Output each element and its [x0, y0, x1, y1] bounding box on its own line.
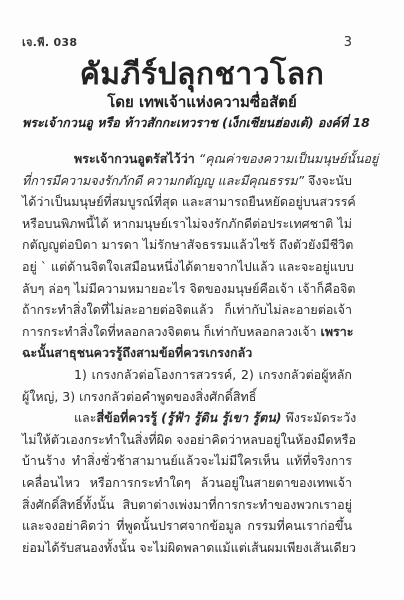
paragraph-1-line-5: กตัญญูต่อบิดา มารดา ไม่รักษาสัจธรรมแล้วไ… — [22, 234, 352, 256]
paragraph-3-line-3: บ้านร้าง ทำสิ่งชั่วช้าสามานย์แล้วจะไม่มี… — [22, 450, 352, 472]
paragraph-1-line-10: ฉะนั้นสาธุชนควรรู้ถึงสามข้อที่ควรเกรงกลั… — [22, 342, 352, 364]
paragraph-2-line-1: 1) เกรงกลัวต่อโองการสวรรค์, 2) เกรงกลัวต… — [22, 364, 352, 386]
page-number: 3 — [344, 35, 352, 50]
paragraph-1-line-3: ได้ว่าเป็นมนุษย์ที่สมบูรณ์ที่สุด และสามา… — [22, 191, 352, 213]
paragraph-2-line-2: ผู้ใหญ่, 3) เกรงกลัวต่อคำพูดของสิ่งศักดิ… — [22, 386, 352, 408]
paragraph-1-line-7: ลับๆ ล่อๆ ไม่มีความหมายอะไร จิตของมนุษย์… — [22, 278, 352, 300]
document-code: เจ.พี. 038 — [22, 33, 77, 51]
paragraph-3-line-7: ย่อมได้รับสนองทั้งนั้น จะไม่ผิดพลาดแม้แต… — [22, 537, 352, 559]
emphasis-text: สี่ข้อที่ควรรู้ — [96, 410, 157, 425]
paragraph-1-line-6: อยู่ ` แต่ด้านจิตใจเสมือนหนึ่งได้ตายจากไ… — [22, 256, 352, 278]
quote-text-end: ที่การมีความจงรักภักดี ความกตัญญู และมีค… — [22, 173, 304, 188]
author-line: พระเจ้ากวนอู หรือ ท้าวสักกะเทวราช (เง็กเ… — [22, 114, 362, 132]
paragraph-1-line-9: การกระทำสิ่งใดที่หลอกลวงจิตตน ก็เท่ากับห… — [22, 321, 352, 343]
page-header: เจ.พี. 038 3 — [22, 32, 352, 52]
emphasis-text: เพราะ — [321, 324, 354, 339]
text-segment: พึงระมัดระวัง — [286, 410, 357, 425]
parenthetical-text: (รู้ฟ้า รู้ดิน รู้เขา รู้ตน) — [161, 410, 281, 425]
page-title: คัมภีร์ปลุกชาวโลก — [0, 56, 404, 94]
quote-text-start: “คุณค่าของความเป็นมนุษย์นั้นอยู่ — [199, 151, 379, 166]
paragraph-3-line-6: และจงอย่าคิดว่า ที่พูดนั้นปราศจากข้อมูล … — [22, 515, 352, 537]
body-text: พระเจ้ากวนอูตรัสไว้ว่า “คุณค่าของความเป็… — [22, 148, 352, 558]
document-page: เจ.พี. 038 3 คัมภีร์ปลุกชาวโลก โดย เทพเจ… — [0, 0, 404, 600]
paragraph-3-line-2: ไม่ให้ตัวเองกระทำในสิ่งที่ผิด จงอย่าคิดว… — [22, 429, 352, 451]
text-segment: การกระทำสิ่งใดที่หลอกลวงจิตตน ก็เท่ากับห… — [22, 324, 317, 339]
text-segment: จึงจะนับ — [308, 173, 352, 188]
paragraph-3-line-5: สิ่งศักดิ์สิทธิ์ทั้งนั้น สิบตาต่างเพ่งมา… — [22, 494, 352, 516]
page-subtitle: โดย เทพเจ้าแห่งความซื่อสัตย์ — [0, 92, 404, 112]
text-segment: และ — [74, 410, 96, 425]
paragraph-1-line-2: ที่การมีความจงรักภักดี ความกตัญญู และมีค… — [22, 170, 352, 192]
paragraph-3-line-4: เคลื่อนไหว หรือการกระทำใดๆ ล้วนอยู่ในสาย… — [22, 472, 352, 494]
paragraph-1-line-1: พระเจ้ากวนอูตรัสไว้ว่า “คุณค่าของความเป็… — [22, 148, 352, 170]
paragraph-1-line-4: หรือบนพิภพนี้ได้ หากมนุษย์เราไม่จงรักภัก… — [22, 213, 352, 235]
paragraph-1-line-8: ถ้ากระทำสิ่งใดที่ไม่ละอายต่อจิตแล้ว ก็เท… — [22, 299, 352, 321]
quote-attribution: พระเจ้ากวนอูตรัสไว้ว่า — [74, 151, 195, 166]
paragraph-3-line-1: และสี่ข้อที่ควรรู้ (รู้ฟ้า รู้ดิน รู้เขา… — [22, 407, 352, 429]
